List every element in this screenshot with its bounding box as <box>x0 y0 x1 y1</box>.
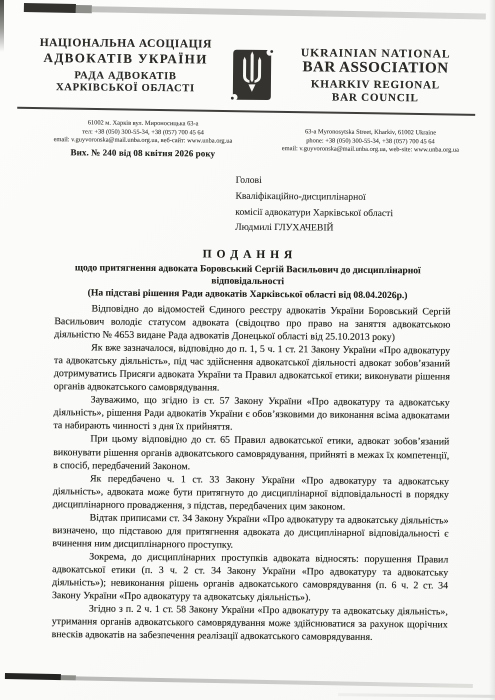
org-ua-line: ХАРКІВСЬКОЇ ОБЛАСТІ <box>29 82 221 95</box>
contact-block-ua: 61002 м. Харків вул. Мироносицька 63-а т… <box>29 119 257 158</box>
org-ua-line: НАЦІОНАЛЬНА АСОЦІАЦІЯ <box>30 37 222 51</box>
contact-ua-line: email: v.guyvoronska@mail.unba.org.ua, в… <box>29 136 257 147</box>
outgoing-reference: Вих. № 240 від 08 квітня 2026 року <box>29 148 257 159</box>
addressee-line: комісії адвокатури Харківської області <box>235 204 393 221</box>
org-en-line: BAR COUNCIL <box>281 91 469 105</box>
letterhead: НАЦІОНАЛЬНА АСОЦІАЦІЯ АДВОКАТІВ УКРАЇНИ … <box>29 37 470 105</box>
letterhead-divider <box>17 107 475 116</box>
document-title-block: П О Д А Н Н Я щодо притягнення адвоката … <box>50 247 446 303</box>
body-paragraph: Як вже зазначалося, відповідно до п. 1, … <box>54 341 450 397</box>
document-subject: щодо притягнення адвоката Боровський Сер… <box>50 262 446 290</box>
org-en-line: KHARKIV REGIONAL <box>281 78 469 92</box>
body-paragraph: Згідно з п. 2 ч. 1 ст. 58 Закону України… <box>52 602 448 645</box>
org-name-english: UKRAINIAN NATIONAL BAR ASSOCIATION KHARK… <box>281 39 470 105</box>
contact-en-line: email: v.guyvoronska@mail.unba.org.ua, w… <box>257 145 484 156</box>
emblem <box>221 39 282 104</box>
document-text: Відповідно до відомостей Єдиного реєстру… <box>52 302 451 645</box>
org-ua-line: РАДА АДВОКАТІВ <box>29 70 221 83</box>
body-paragraph: Зауважимо, що згідно із ст. 57 Закону Ук… <box>53 393 449 436</box>
body-paragraph: Відтак приписами ст. 34 Закону України «… <box>52 511 448 554</box>
contact-blocks: 61002 м. Харків вул. Мироносицька 63-а т… <box>29 119 484 160</box>
addressee-line: Голові <box>236 173 394 190</box>
ukraine-trident-scroll-icon <box>229 48 274 102</box>
addressee-block: Голові Кваліфікаційно-дисциплінарної ком… <box>235 173 393 238</box>
org-name-ukrainian: НАЦІОНАЛЬНА АСОЦІАЦІЯ АДВОКАТІВ УКРАЇНИ … <box>29 37 222 103</box>
addressee-line: Кваліфікаційно-дисциплінарної <box>235 189 393 206</box>
document-body: НАЦІОНАЛЬНА АСОЦІАЦІЯ АДВОКАТІВ УКРАЇНИ … <box>0 0 495 700</box>
body-paragraph: Зокрема, до дисциплінарних проступків ад… <box>52 550 448 606</box>
addressee-line: Людмилі ГЛУХАЧЕВІЙ <box>235 220 393 237</box>
scan-artifact-dark-segment <box>5 673 61 680</box>
body-paragraph: Відповідно до відомостей Єдиного реєстру… <box>54 302 450 345</box>
document-title: П О Д А Н Н Я <box>50 247 446 262</box>
contact-block-en: 63-a Myronosytska Street, Kharkiv, 61002… <box>257 121 484 160</box>
body-paragraph: Як передбачено ч. 1 ст. 33 Закону Україн… <box>53 472 449 515</box>
scan-artifact-mid-segment <box>61 675 76 680</box>
org-ua-line: АДВОКАТІВ УКРАЇНИ <box>30 50 222 68</box>
scanned-document-page: { "colors": { "ink": "#24241f", "scan_ba… <box>0 0 495 700</box>
document-basis: (На підставі рішення Ради адвокатів Харк… <box>50 287 446 303</box>
org-en-line: BAR ASSOCIATION <box>282 59 470 78</box>
body-paragraph: При цьому відповідно до ст. 65 Правил ад… <box>53 433 449 476</box>
